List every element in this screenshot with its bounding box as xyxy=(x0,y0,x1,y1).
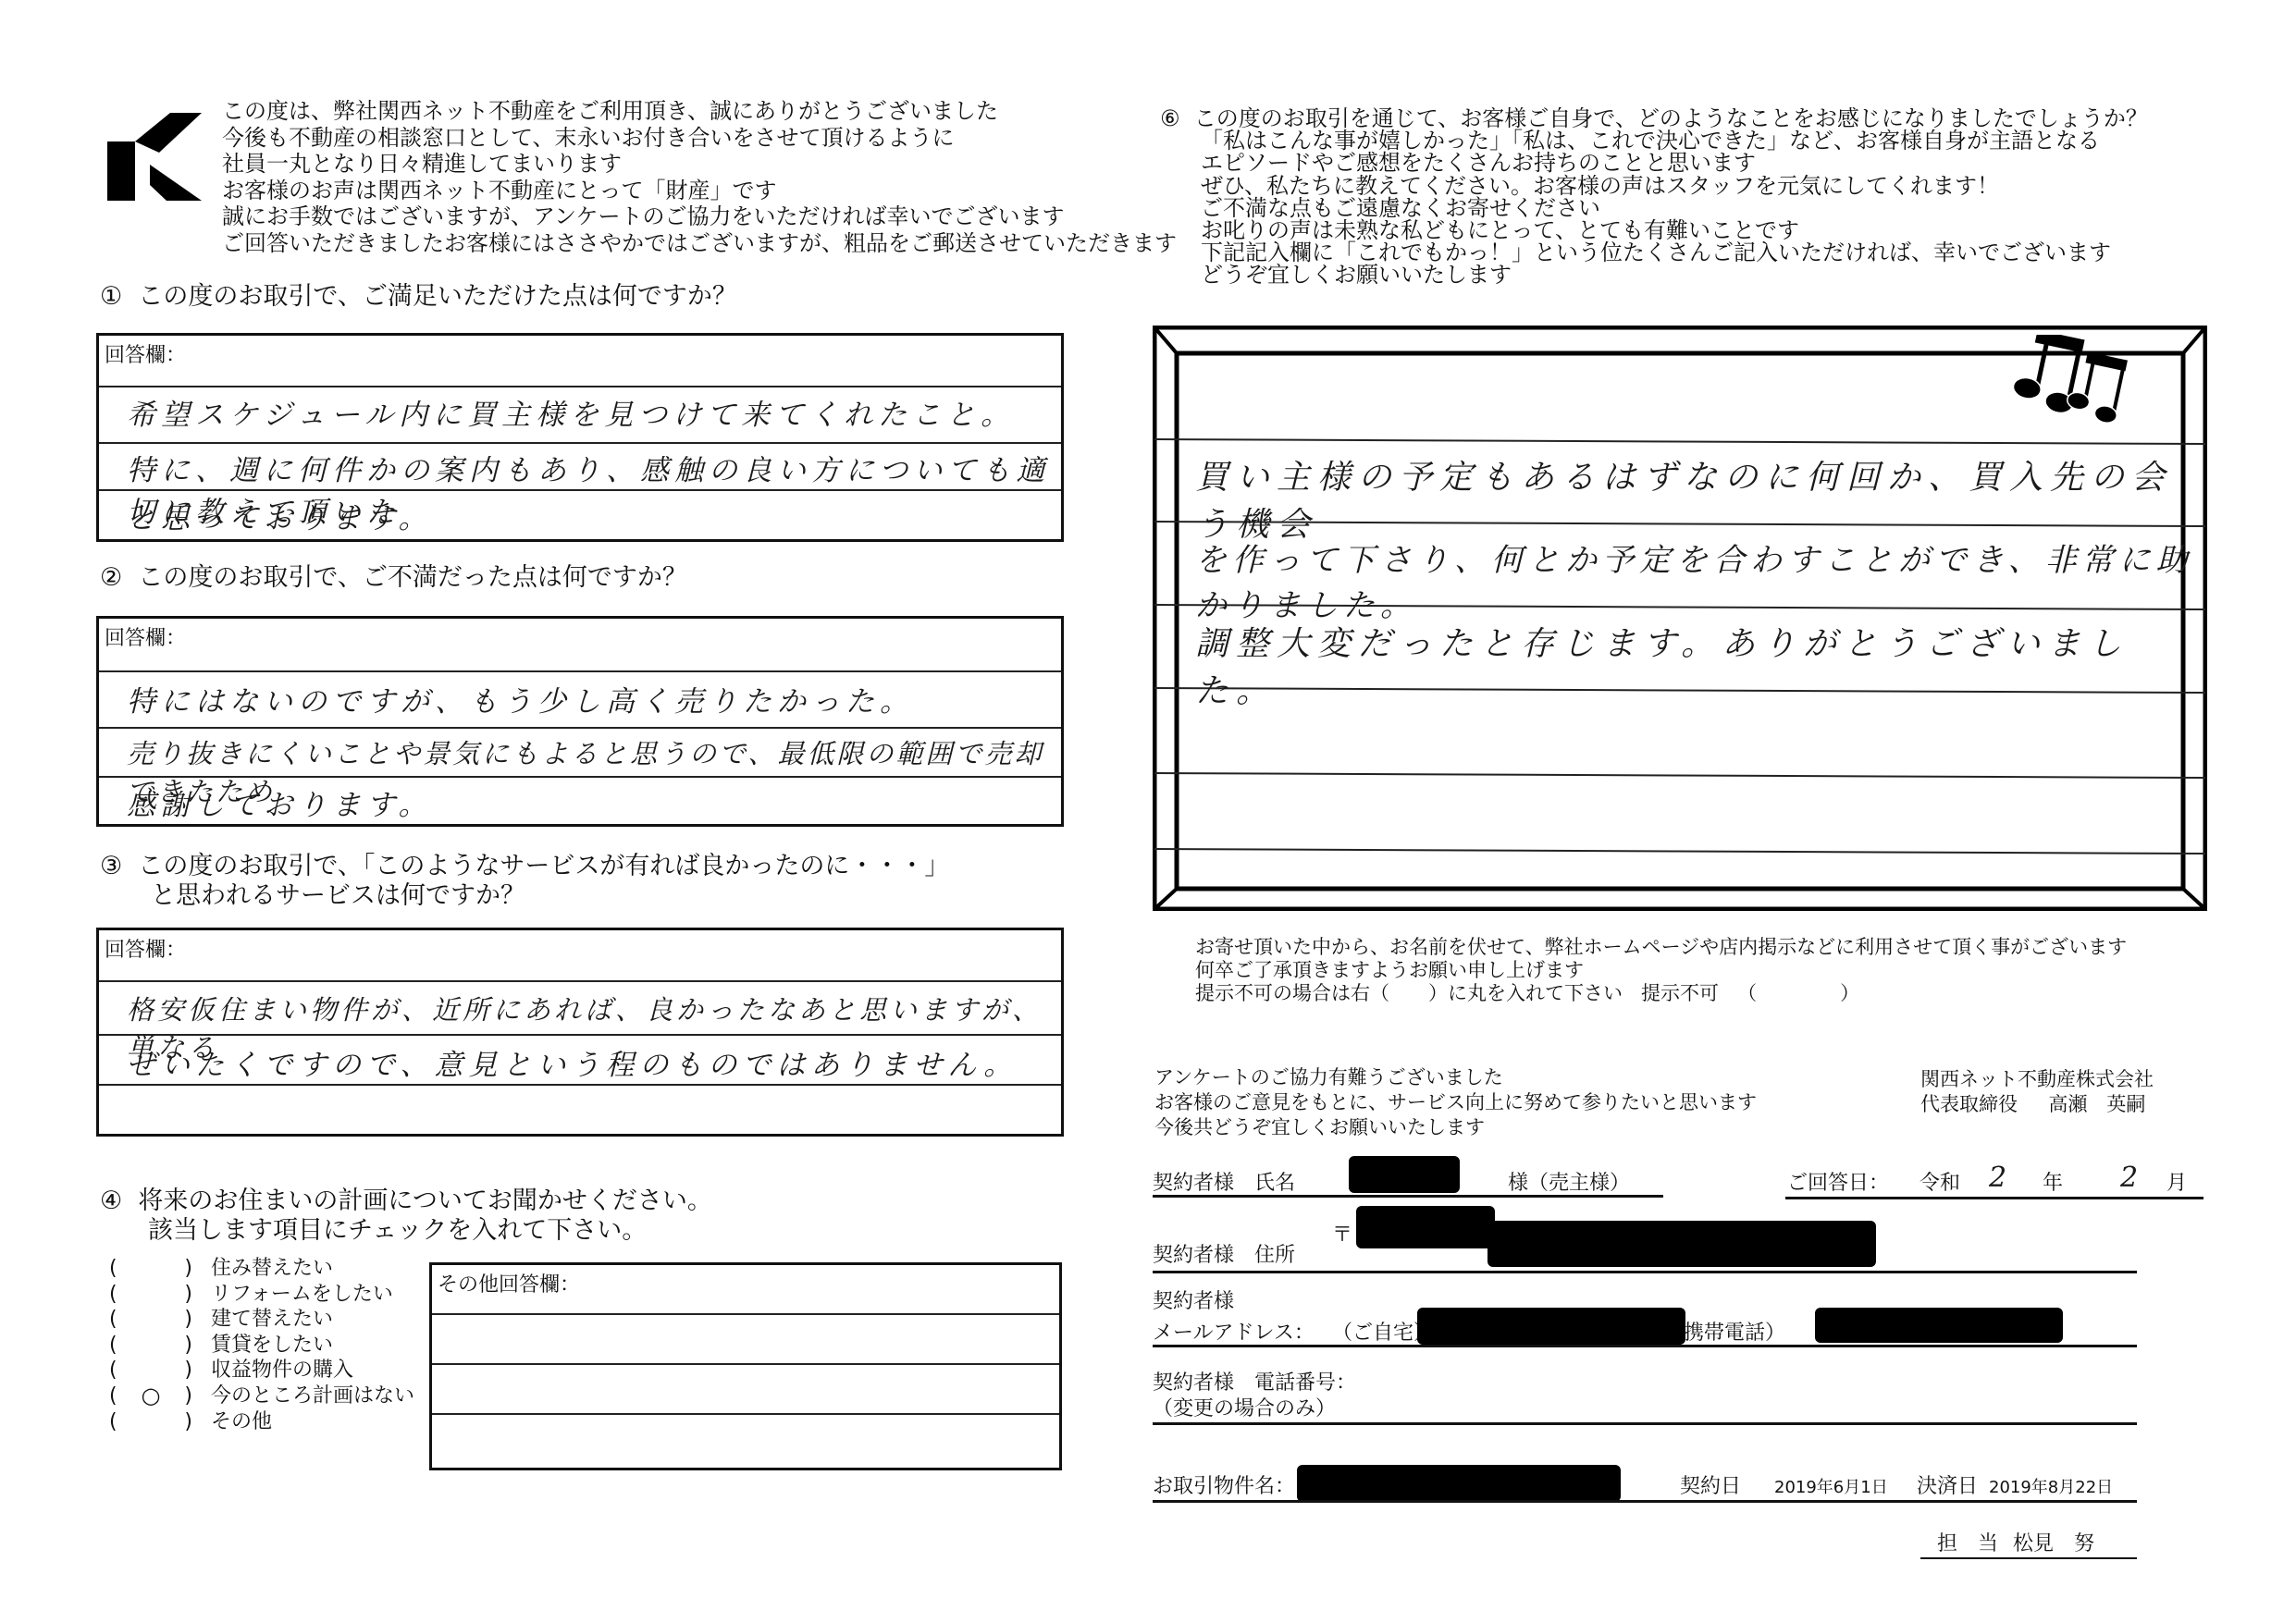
answer-rule xyxy=(99,1084,1061,1086)
month-unit: 月 xyxy=(2166,1167,2187,1196)
checklist-item[interactable]: () 住み替えたい xyxy=(109,1256,414,1282)
year-unit: 年 xyxy=(2043,1167,2063,1196)
publication-notice: お寄せ頂いた中から、お名前を伏せて、弊社ホームページや店内掲示などに利用させて頂… xyxy=(1195,936,2127,1005)
answer-rule xyxy=(99,727,1061,729)
q6-line: 下記記入欄に「これでもかっ！」という位たくさんご記入いただければ、幸いでございま… xyxy=(1160,241,2148,264)
q6-line: お叱りの声は未熟な私どもにとって、とても有難いことです xyxy=(1160,219,2148,241)
kansai-net-k-logo-icon xyxy=(104,111,205,203)
q1-answer-box[interactable]: 回答欄： 希望スケジュール内に買主様を見つけて来てくれたこと。 特に、週に何件か… xyxy=(96,333,1064,542)
checklist-item[interactable]: () 賃貸をしたい xyxy=(109,1333,414,1359)
q6-line: どうぞ宜しくお願いいたします xyxy=(1160,264,2148,286)
q6-line: エピソードやご感想をたくさんお持ちのことと思います xyxy=(1160,152,2148,174)
q3-number: ③ xyxy=(100,852,122,880)
thanks-message: アンケートのご協力有難うございました お客様のご意見をもとに、サービス向上に努め… xyxy=(1154,1065,1757,1140)
contract-date-label: 契約日 xyxy=(1680,1470,1741,1499)
answer-label: 回答欄： xyxy=(105,339,186,368)
staff-name: 松見 努 xyxy=(2013,1528,2094,1556)
email-label: メールアドレス： xyxy=(1153,1317,1315,1346)
answer-date-era: 令和 xyxy=(1920,1167,1960,1196)
name-label: 契約者様 氏名 xyxy=(1153,1167,1295,1196)
checkbox-paren[interactable]: (○) xyxy=(109,1383,211,1409)
answer-rule xyxy=(99,980,1061,982)
q6-prompt: ⑥ この度のお取引を通じて、お客様ご自身で、どのようなことをお感じになりましたで… xyxy=(1160,107,2148,287)
handwritten-answer-line: 希望スケジュール内に買主様を見つけて来てくれたこと。 xyxy=(127,391,1015,433)
answer-rule xyxy=(99,386,1061,387)
address-underline xyxy=(1153,1271,2137,1273)
address-field[interactable] xyxy=(1332,1206,2128,1271)
handwritten-answer-line: 特にはないのですが、もう少し高く売りたかった。 xyxy=(127,678,914,719)
intro-text: この度は、弊社関西ネット不動産をご利用頂き、誠にありがとうございました 今後も不… xyxy=(222,98,1177,256)
answer-rule xyxy=(432,1363,1059,1365)
name-underline xyxy=(1153,1195,1663,1198)
company-name: 関西ネット不動産株式会社 xyxy=(1920,1067,2154,1092)
handwritten-answer-line: を作って下さり、何とか予定を合わすことができ、非常に助かりました。 xyxy=(1195,535,2207,625)
q6-line: ご不満な点もご遠慮なくお寄せください xyxy=(1160,197,2148,219)
q2-number: ② xyxy=(100,563,122,592)
property-label: お取引物件名： xyxy=(1153,1470,1295,1499)
checklist-label: 住み替えたい xyxy=(211,1256,333,1282)
phone-label-note: （変更の場合のみ） xyxy=(1153,1393,1336,1421)
answer-rule xyxy=(432,1313,1059,1315)
checklist-label: 建て替えたい xyxy=(211,1307,333,1333)
checklist-item[interactable]: () その他 xyxy=(109,1409,414,1435)
checklist-label: 収益物件の購入 xyxy=(211,1358,353,1383)
q3-answer-box[interactable]: 回答欄： 格安仮住まい物件が、近所にあれば、良かったなあと思いますが、単なる ぜ… xyxy=(96,928,1064,1137)
q4-question-line: 該当します項目にチェックを入れて下さい。 xyxy=(148,1210,647,1246)
email-underline xyxy=(1153,1345,2137,1347)
thanks-line: アンケートのご協力有難うございました xyxy=(1154,1065,1757,1090)
email-label: 契約者様 xyxy=(1153,1285,1234,1314)
answer-rule xyxy=(432,1413,1059,1415)
checkbox-paren[interactable]: () xyxy=(109,1358,211,1383)
other-answer-label: その他回答欄： xyxy=(438,1269,580,1297)
staff-label: 担 当 xyxy=(1937,1528,1998,1556)
refuse-prompt: 提示不可の場合は右（ ）に丸を入れて下さい xyxy=(1195,982,1623,1004)
settlement-date-label: 決済日 xyxy=(1917,1470,1978,1499)
representative-name: 高瀬 英嗣 xyxy=(2048,1093,2145,1115)
checkbox-paren[interactable]: () xyxy=(109,1307,211,1333)
checklist-label: その他 xyxy=(211,1409,272,1435)
q2-heading: ② この度のお取引で、ご不満だった点は何ですか？ xyxy=(100,557,687,593)
representative-title: 代表取締役 xyxy=(1920,1093,2018,1115)
checkbox-paren[interactable]: () xyxy=(109,1256,211,1282)
q1-number: ① xyxy=(100,282,122,311)
checklist-label: リフォームをしたい xyxy=(211,1282,393,1308)
checklist-item[interactable]: () 建て替えたい xyxy=(109,1307,414,1333)
intro-line: ご回答いただきましたお客様にはささやかではございますが、粗品をご郵送させていただ… xyxy=(222,230,1177,257)
answer-rule xyxy=(99,442,1061,444)
q6-number: ⑥ xyxy=(1160,105,1180,131)
q1-heading: ① この度のお取引で、ご満足いただけた点は何ですか？ xyxy=(100,276,737,312)
settlement-date: 2019年8月22日 xyxy=(1989,1474,2113,1498)
checklist-item[interactable]: () 収益物件の購入 xyxy=(109,1358,414,1383)
thanks-line: お客様のご意見をもとに、サービス向上に努めて参りたいと思います xyxy=(1154,1090,1757,1115)
property-underline xyxy=(1153,1500,2137,1503)
answer-date-month[interactable]: 2 xyxy=(2120,1162,2143,1194)
q2-question: この度のお取引で、ご不満だった点は何ですか？ xyxy=(138,563,686,592)
answer-label: 回答欄： xyxy=(105,622,186,651)
q3-question-line: と思われるサービスは何ですか？ xyxy=(151,875,525,911)
notice-line: 何卒ご了承頂きますようお願い申し上げます xyxy=(1195,959,2127,982)
checklist-item-checked[interactable]: (○) 今のところ計画はない xyxy=(109,1383,414,1409)
checklist-label: 賃貸をしたい xyxy=(211,1333,333,1359)
answer-date-underline xyxy=(1785,1197,2203,1199)
email-field[interactable] xyxy=(1415,1304,2137,1345)
contract-date: 2019年6月1日 xyxy=(1774,1474,1888,1498)
q1-question: この度のお取引で、ご満足いただけた点は何ですか？ xyxy=(138,282,736,311)
handwritten-answer-line: ぜいたくですので、意見という程のものではありません。 xyxy=(127,1041,1018,1083)
refuse-checkbox[interactable]: （） xyxy=(1737,982,1859,1004)
q6-answer-frame[interactable]: 買い主様の予定もあるはずなのに何回か、買入先の会う機会 を作って下さり、何とか予… xyxy=(1153,326,2207,911)
checkbox-paren[interactable]: () xyxy=(109,1282,211,1308)
checklist-label: 今のところ計画はない xyxy=(211,1383,414,1409)
intro-line: 誠にお手数ではございますが、アンケートのご協力をいただければ幸いでございます xyxy=(222,203,1177,230)
intro-line: 今後も不動産の相談窓口として、末永いお付き合いをさせて頂けるように xyxy=(222,125,1177,152)
q6-line: ぜひ、私たちに教えてください。お客様の声はスタッフを元気にしてくれます！ xyxy=(1160,175,2148,197)
handwritten-answer-line: 買い主様の予定もあるはずなのに何回か、買入先の会う機会 xyxy=(1195,451,2207,546)
checkbox-paren[interactable]: () xyxy=(109,1333,211,1359)
circle-mark-icon: ○ xyxy=(142,1383,161,1409)
notice-line: お寄せ頂いた中から、お名前を伏せて、弊社ホームページや店内掲示などに利用させて頂… xyxy=(1195,936,2127,959)
company-signature: 関西ネット不動産株式会社 代表取締役 高瀬 英嗣 xyxy=(1920,1067,2154,1117)
q6-line: 「私はこんな事が嬉しかった」「私は、これで決心できた」など、お客様自身が主語とな… xyxy=(1160,129,2148,152)
answer-date-year[interactable]: 2 xyxy=(1989,1162,2012,1194)
handwritten-answer-line: 感謝しております。 xyxy=(127,781,433,823)
q4-other-answer-box[interactable]: その他回答欄： xyxy=(429,1262,1062,1470)
staff-underline xyxy=(1920,1557,2137,1559)
q4-checklist: () 住み替えたい () リフォームをしたい () 建て替えたい () 賃貸をし… xyxy=(109,1256,414,1434)
phone-underline[interactable] xyxy=(1153,1422,2137,1425)
q2-answer-box[interactable]: 回答欄： 特にはないのですが、もう少し高く売りたかった。 売り抜きにくいことや景… xyxy=(96,616,1064,827)
answer-label: 回答欄： xyxy=(105,934,186,963)
answer-date-label: ご回答日： xyxy=(1787,1167,1889,1196)
q4-number: ④ xyxy=(100,1187,122,1215)
answer-rule xyxy=(99,670,1061,672)
intro-line: お客様のお声は関西ネット不動産にとって「財産」です xyxy=(222,178,1177,204)
handwritten-answer-line: と思っております。 xyxy=(127,495,433,536)
refuse-label: 提示不可 xyxy=(1641,982,1719,1004)
intro-line: この度は、弊社関西ネット不動産をご利用頂き、誠にありがとうございました xyxy=(222,98,1177,125)
handwritten-answer-line: 調整大変だったと存じます。ありがとうございました。 xyxy=(1195,618,2207,712)
address-label: 契約者様 住所 xyxy=(1153,1239,1295,1268)
music-notes-icon xyxy=(2008,335,2138,436)
thanks-line: 今後共どうぞ宜しくお願いいたします xyxy=(1154,1115,1757,1140)
intro-line: 社員一丸となり日々精進してまいります xyxy=(222,151,1177,178)
redacted-property-name xyxy=(1297,1465,1621,1502)
name-field[interactable] xyxy=(1341,1154,1656,1195)
checklist-item[interactable]: () リフォームをしたい xyxy=(109,1282,414,1308)
phone-label: 契約者様 電話番号： xyxy=(1153,1367,1356,1396)
checkbox-paren[interactable]: () xyxy=(109,1409,211,1435)
